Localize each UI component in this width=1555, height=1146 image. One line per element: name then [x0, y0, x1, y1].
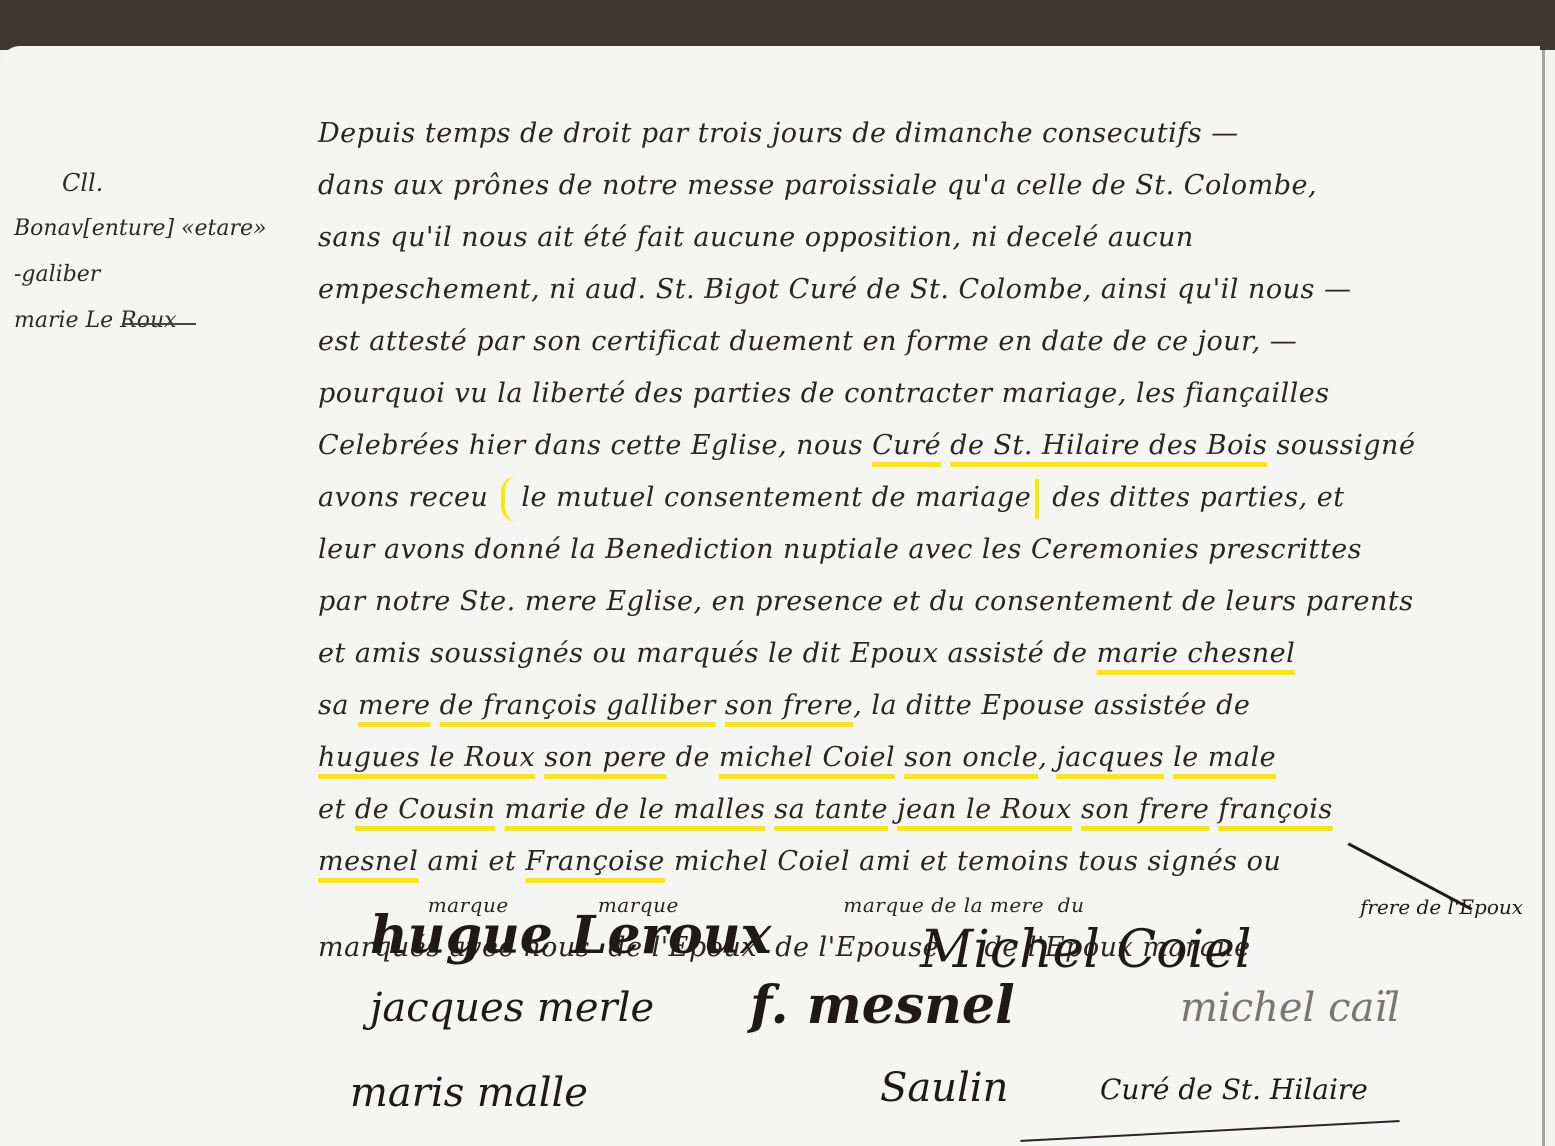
highlighted-name: michel Coiel: [719, 742, 895, 773]
record-line: pourquoi vu la liberté des parties de co…: [318, 368, 1538, 420]
signature-jacques-merle: jacques merle: [370, 985, 654, 1031]
highlighted-name: son frere: [1081, 794, 1209, 825]
signature-maris-malle: maris malle: [350, 1070, 588, 1116]
highlighted-name: mere: [358, 690, 430, 721]
record-line: par notre Ste. mere Eglise, en presence …: [318, 576, 1538, 628]
record-text: [895, 742, 904, 773]
record-text: le mutuel consentement de mariage: [521, 482, 1031, 513]
record-line: empeschement, ni aud. St. Bigot Curé de …: [318, 264, 1538, 316]
record-text: [941, 430, 950, 461]
record-text: ,: [1038, 742, 1056, 773]
record-text: [765, 794, 774, 825]
signature-michel-coiel: Michel Coiel: [920, 920, 1252, 980]
highlighted-name: de Cousin: [355, 794, 496, 825]
highlighted-name: jean le Roux: [897, 794, 1072, 825]
highlighted-name: mesnel: [318, 846, 418, 877]
record-text: ami et: [418, 846, 525, 877]
record-line: mesnel ami et Françoise michel Coiel ami…: [318, 836, 1538, 888]
signature-flourish: [1020, 1120, 1400, 1142]
record-line: sans qu'il nous ait été fait aucune oppo…: [318, 212, 1538, 264]
margin-rule: [122, 323, 196, 325]
highlight-bracket: [1035, 479, 1039, 519]
highlighted-name: de St. Hilaire des Bois: [950, 430, 1267, 461]
background-strip: [0, 0, 1555, 50]
record-line: est attesté par son certificat duement e…: [318, 316, 1538, 368]
highlighted-name: marie de le malles: [505, 794, 766, 825]
record-line: leur avons donné la Benediction nuptiale…: [318, 524, 1538, 576]
record-line: et de Cousin marie de le malles sa tante…: [318, 784, 1538, 836]
record-text: [1072, 794, 1081, 825]
margin-note-abbr: Cll.: [14, 160, 284, 206]
record-text: des dittes parties, et: [1043, 482, 1344, 513]
highlighted-name: son oncle: [904, 742, 1038, 773]
highlighted-name: hugues le Roux: [318, 742, 535, 773]
record-line: Celebrées hier dans cette Eglise, nous C…: [318, 420, 1538, 472]
highlighted-name: son frere: [725, 690, 853, 721]
record-text: [716, 690, 725, 721]
record-text: et: [318, 794, 355, 825]
record-body: Depuis temps de droit par trois jours de…: [318, 108, 1538, 974]
highlighted-name: marie chesnel: [1097, 638, 1296, 669]
record-text: [535, 742, 544, 773]
highlighted-name: Curé: [872, 430, 941, 461]
highlighted-name: son pere: [544, 742, 666, 773]
record-text: , la ditte Epouse assistée de: [853, 690, 1250, 721]
margin-note-line-2: -galiber: [14, 252, 284, 298]
signature-michel-cail: michel caïl: [1180, 985, 1400, 1031]
record-line: hugues le Roux son pere de michel Coiel …: [318, 732, 1538, 784]
record-text: [888, 794, 897, 825]
record-line: sa mere de françois galliber son frere, …: [318, 680, 1538, 732]
record-text: et amis soussignés ou marqués le dit Epo…: [318, 638, 1097, 669]
record-text: michel Coiel ami et temoins tous signés …: [665, 846, 1281, 877]
highlighted-name: le male: [1173, 742, 1276, 773]
highlighted-name: Françoise: [525, 846, 664, 877]
signature-cure: Saulin: [880, 1065, 1008, 1111]
signatures-block: hugue Leroux Michel Coiel frere de l'Epo…: [360, 905, 1530, 1145]
signature-f-mesnel: f. mesnel: [750, 975, 1015, 1036]
highlight-bracket: [501, 476, 517, 522]
record-text: [431, 690, 440, 721]
highlighted-name: sa tante: [774, 794, 888, 825]
margin-note-line-3: marie Le Roux: [14, 298, 284, 344]
record-line: et amis soussignés ou marqués le dit Epo…: [318, 628, 1538, 680]
highlighted-name: de françois galliber: [440, 690, 716, 721]
signature-hugue-leroux: hugue Leroux: [370, 905, 772, 966]
cure-title: Curé de St. Hilaire: [1100, 1073, 1368, 1106]
record-text: [1164, 742, 1173, 773]
highlighted-name: françois: [1218, 794, 1332, 825]
record-text: Celebrées hier dans cette Eglise, nous: [318, 430, 872, 461]
record-line: dans aux prônes de notre messe paroissia…: [318, 160, 1538, 212]
record-line: Depuis temps de droit par trois jours de…: [318, 108, 1538, 160]
record-text: [495, 794, 504, 825]
record-text: soussigné: [1267, 430, 1415, 461]
margin-note: Cll. Bonav[enture] «etare» -galiber mari…: [14, 160, 284, 344]
record-line: avons receu le mutuel consentement de ma…: [318, 472, 1538, 524]
record-text: sa: [318, 690, 358, 721]
record-text: de: [667, 742, 719, 773]
note-frere-epoux: frere de l'Epoux: [1360, 895, 1523, 919]
page-edge: [1542, 50, 1545, 1146]
highlighted-name: jacques: [1056, 742, 1164, 773]
margin-note-line-1: Bonav[enture] «etare»: [14, 206, 284, 252]
record-text: avons receu: [318, 482, 497, 513]
